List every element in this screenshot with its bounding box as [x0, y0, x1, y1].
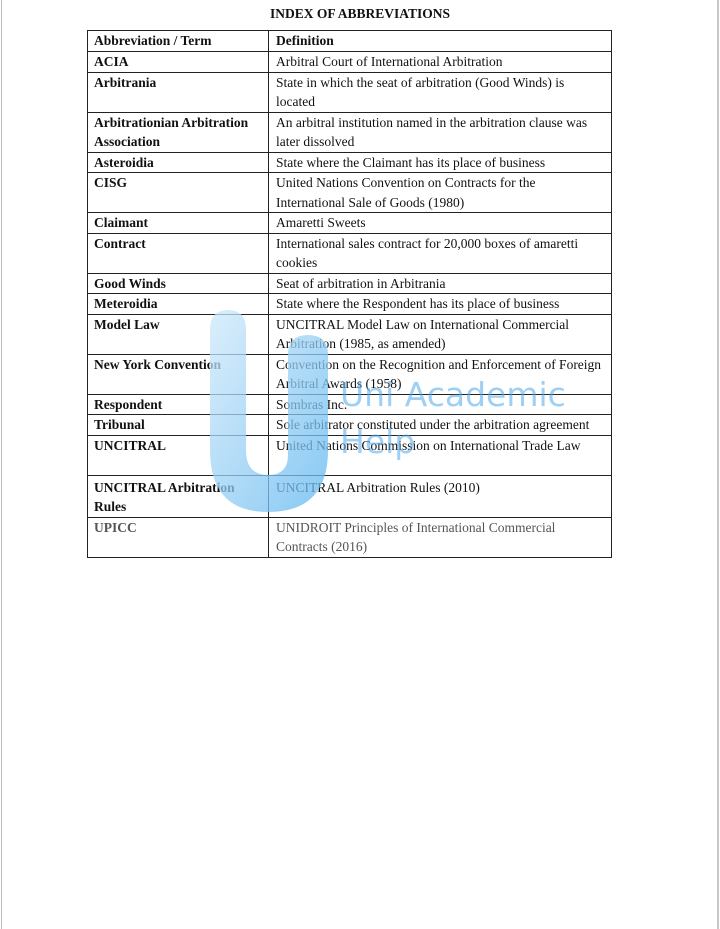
term-cell: CISG [88, 173, 269, 213]
table-row: Good Winds Seat of arbitration in Arbitr… [88, 273, 612, 294]
definition-cell: United Nations Convention on Contracts f… [269, 173, 612, 213]
header-definition: Definition [269, 31, 612, 52]
definition-cell: State in which the seat of arbitration (… [269, 72, 612, 112]
page-left-edge [1, 0, 2, 929]
term-cell: Good Winds [88, 273, 269, 294]
table-row: ACIA Arbitral Court of International Arb… [88, 52, 612, 73]
term-cell: New York Convention [88, 354, 269, 394]
table-row: Respondent Sombras Inc. [88, 394, 612, 415]
abbreviations-table: Abbreviation / Term Definition ACIA Arbi… [87, 30, 612, 558]
term-cell: Tribunal [88, 415, 269, 436]
definition-cell: Convention on the Recognition and Enforc… [269, 354, 612, 394]
definition-cell: Sombras Inc. [269, 394, 612, 415]
page-right-edge [717, 0, 719, 929]
term-cell: Model Law [88, 314, 269, 354]
definition-cell: Sole arbitrator constituted under the ar… [269, 415, 612, 436]
term-cell: Claimant [88, 213, 269, 234]
definition-cell: Seat of arbitration in Arbitrania [269, 273, 612, 294]
term-cell: Arbitrania [88, 72, 269, 112]
definition-cell: UNCITRAL Model Law on International Comm… [269, 314, 612, 354]
definition-cell: UNIDROIT Principles of International Com… [269, 517, 612, 557]
page-title: INDEX OF ABBREVIATIONS [0, 6, 720, 22]
table-header-row: Abbreviation / Term Definition [88, 31, 612, 52]
table-row: Contract International sales contract fo… [88, 233, 612, 273]
term-cell: Contract [88, 233, 269, 273]
term-cell: UPICC [88, 517, 269, 557]
table-row: UPICC UNIDROIT Principles of Internation… [88, 517, 612, 557]
definition-cell: An arbitral institution named in the arb… [269, 112, 612, 152]
table-row: CISG United Nations Convention on Contra… [88, 173, 612, 213]
term-cell: UNCITRAL [88, 435, 269, 475]
table-row: Asteroidia State where the Claimant has … [88, 152, 612, 173]
term-cell: Meteroidia [88, 294, 269, 315]
document-page: INDEX OF ABBREVIATIONS Abbreviation / Te… [0, 0, 720, 929]
table-row: Claimant Amaretti Sweets [88, 213, 612, 234]
table-row: Arbitrania State in which the seat of ar… [88, 72, 612, 112]
table-row: Meteroidia State where the Respondent ha… [88, 294, 612, 315]
definition-cell: State where the Claimant has its place o… [269, 152, 612, 173]
table-row: UNCITRAL United Nations Commission on In… [88, 435, 612, 475]
table-row: Tribunal Sole arbitrator constituted und… [88, 415, 612, 436]
table-row: Model Law UNCITRAL Model Law on Internat… [88, 314, 612, 354]
table-row: Arbitrationian Arbitration Association A… [88, 112, 612, 152]
term-cell: Asteroidia [88, 152, 269, 173]
definition-cell: Arbitral Court of International Arbitrat… [269, 52, 612, 73]
term-cell: ACIA [88, 52, 269, 73]
definition-cell: UNCITRAL Arbitration Rules (2010) [269, 475, 612, 517]
definition-cell: Amaretti Sweets [269, 213, 612, 234]
header-term: Abbreviation / Term [88, 31, 269, 52]
term-cell: Arbitrationian Arbitration Association [88, 112, 269, 152]
table-row: New York Convention Convention on the Re… [88, 354, 612, 394]
table-row: UNCITRAL Arbitration Rules UNCITRAL Arbi… [88, 475, 612, 517]
definition-cell: State where the Respondent has its place… [269, 294, 612, 315]
term-cell: UNCITRAL Arbitration Rules [88, 475, 269, 517]
definition-cell: International sales contract for 20,000 … [269, 233, 612, 273]
definition-cell: United Nations Commission on Internation… [269, 435, 612, 475]
term-cell: Respondent [88, 394, 269, 415]
